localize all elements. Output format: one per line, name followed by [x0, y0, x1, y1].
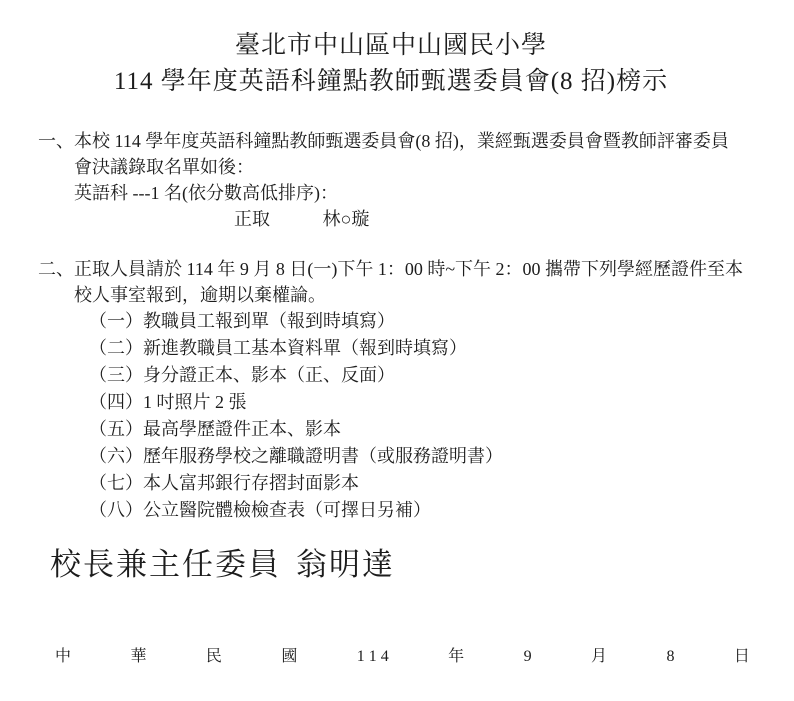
signer-name: 翁明達 [296, 547, 395, 582]
signature-line: 校長兼主任委員翁明達 [50, 544, 744, 586]
date-token: 年 [448, 646, 464, 668]
section-1-text: 本校 114 學年度英語科鐘點教師甄選委員會(8 招)，業經甄選委員會暨教師評審… [74, 128, 744, 180]
school-title: 臺北市中山區中山國民小學 [38, 28, 744, 64]
required-documents-list: （一）教職員工報到單（報到時填寫） （二）新進教職員工基本資料單（報到時填寫） … [74, 308, 744, 524]
date-token: 日 [734, 646, 750, 668]
list-item: （二）新進教職員工基本資料單（報到時填寫） [89, 335, 744, 362]
admit-label: 正取 [234, 209, 270, 229]
subject-quota-line: 英語科 ---1 名(依分數高低排序)： [74, 180, 744, 206]
section-report-instructions: 二、 正取人員請於 114 年 9 月 8 日(一)下午 1：00 時~下午 2… [38, 256, 744, 524]
list-item: （八）公立醫院體檢檢查表（可擇日另補） [89, 497, 744, 524]
date-token: 華 [130, 646, 146, 668]
date-token: 月 [591, 646, 607, 668]
date-token: 民 [206, 646, 222, 668]
roc-date-line: 中 華 民 國 1 1 4 年 9 月 8 日 [55, 646, 750, 668]
announcement-page: 臺北市中山區中山國民小學 114 學年度英語科鐘點教師甄選委員會(8 招)榜示 … [0, 0, 794, 701]
date-token: 國 [281, 646, 297, 668]
list-item: （五）最高學歷證件正本、影本 [89, 416, 744, 443]
section-1-marker: 一、 [38, 128, 74, 154]
section-2-text: 正取人員請於 114 年 9 月 8 日(一)下午 1：00 時~下午 2：00… [74, 256, 744, 308]
signer-role: 校長兼主任委員 [50, 547, 281, 582]
list-item: （七）本人富邦銀行存摺封面影本 [89, 470, 744, 497]
list-item: （一）教職員工報到單（報到時填寫） [89, 308, 744, 335]
section-1-body: 本校 114 學年度英語科鐘點教師甄選委員會(8 招)，業經甄選委員會暨教師評審… [74, 128, 744, 232]
announcement-title: 114 學年度英語科鐘點教師甄選委員會(8 招)榜示 [38, 64, 744, 100]
admit-name: 林○璇 [323, 209, 370, 229]
section-admission-result: 一、 本校 114 學年度英語科鐘點教師甄選委員會(8 招)，業經甄選委員會暨教… [38, 128, 744, 232]
date-token-year-digits: 1 1 4 [357, 646, 389, 668]
date-token: 中 [55, 646, 71, 668]
admit-row: 正取 林○璇 [74, 206, 744, 232]
date-token-month-digit: 9 [524, 646, 532, 668]
list-item: （四）1 吋照片 2 張 [89, 389, 744, 416]
section-2-marker: 二、 [38, 256, 74, 282]
list-item: （六）歷年服務學校之離職證明書（或服務證明書） [89, 443, 744, 470]
date-token-day-digit: 8 [666, 646, 674, 668]
section-2-body: 正取人員請於 114 年 9 月 8 日(一)下午 1：00 時~下午 2：00… [74, 256, 744, 524]
list-item: （三）身分證正本、影本（正、反面） [89, 362, 744, 389]
